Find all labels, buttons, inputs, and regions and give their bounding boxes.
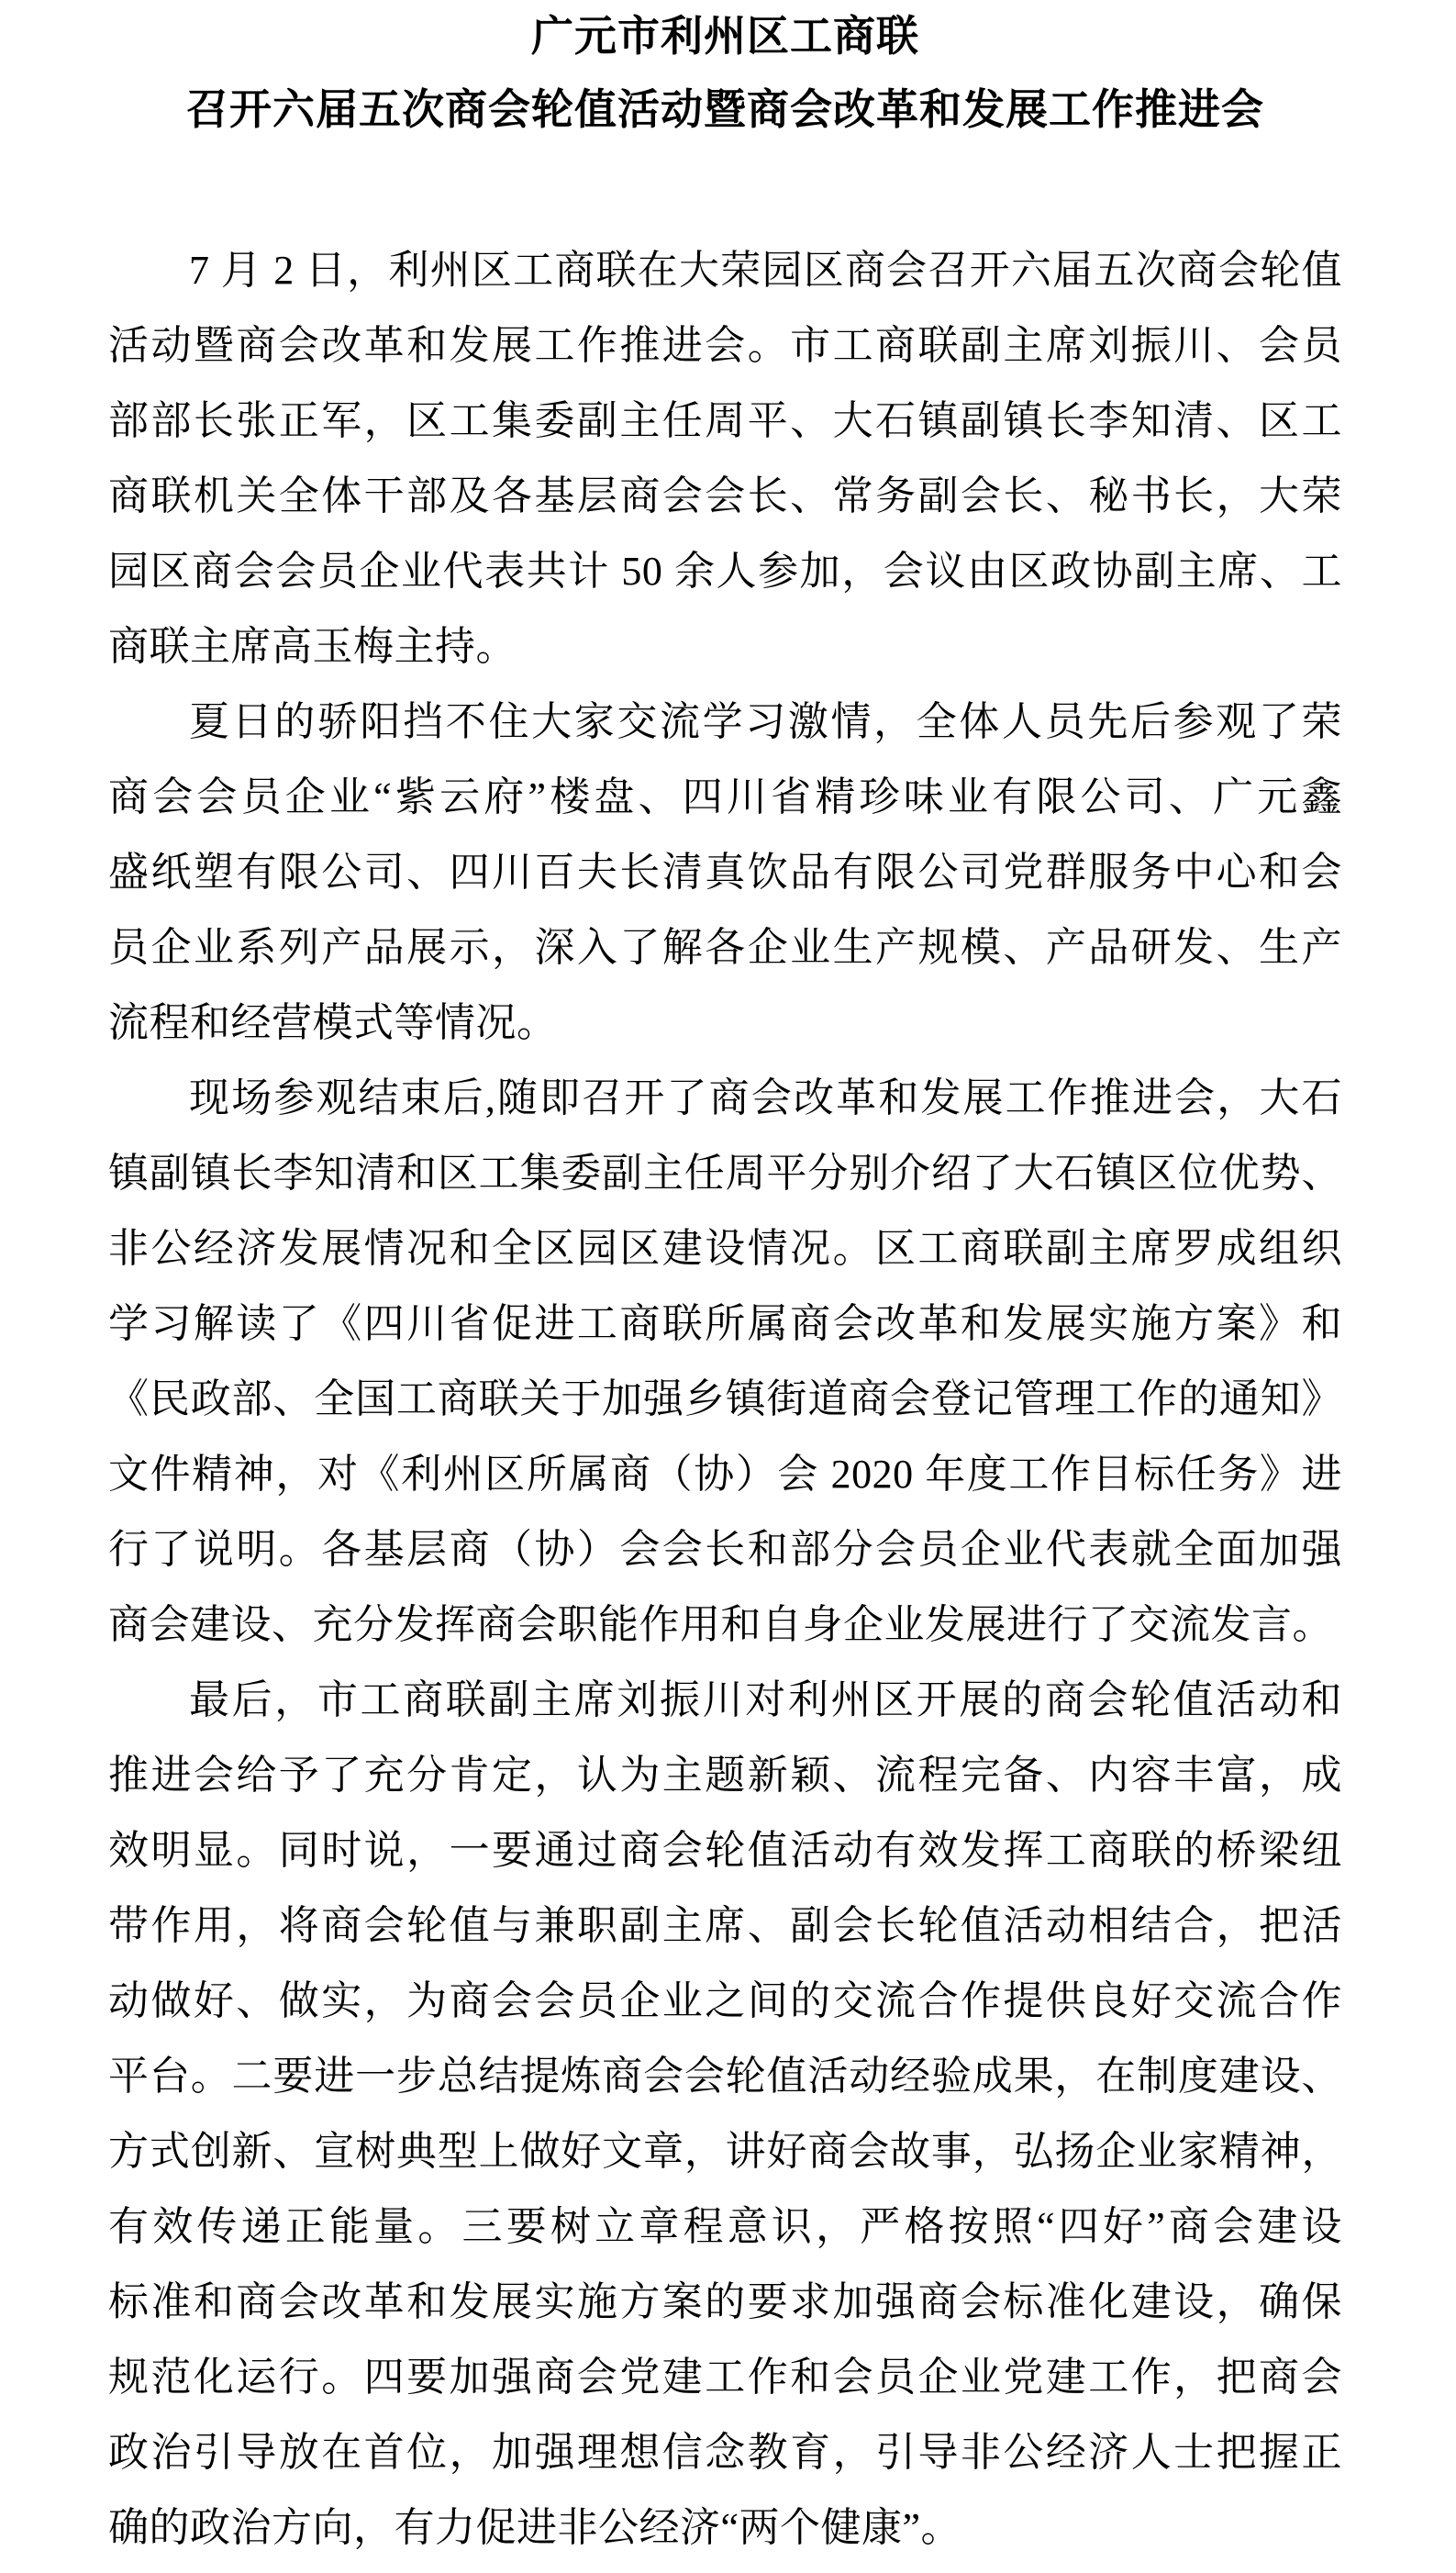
text-line: 员企业系列产品展示，深入了解各企业生产规模、产品研发、生产 [108, 910, 1342, 986]
text-line: 夏日的骄阳挡不住大家交流学习激情，全体人员先后参观了荣 [108, 685, 1342, 760]
text-line: 有效传递正能量。三要树立章程意识，严格按照“四好”商会建设 [108, 2189, 1342, 2265]
document-title-line-1: 广元市利州区工商联 [108, 0, 1342, 73]
text-line: 推进会给予了充分肯定，认为主题新颖、流程完备、内容丰富，成 [108, 1738, 1342, 1813]
text-line: 非公经济发展情况和全区园区建设情况。区工商联副主席罗成组织 [108, 1211, 1342, 1286]
text-line: 流程和经营模式等情况。 [108, 986, 1342, 1061]
paragraph: 夏日的骄阳挡不住大家交流学习激情，全体人员先后参观了荣商会会员企业“紫云府”楼盘… [108, 685, 1342, 1061]
text-line: 效明显。同时说，一要通过商会轮值活动有效发挥工商联的桥梁纽 [108, 1813, 1342, 1888]
text-line: 活动暨商会改革和发展工作推进会。市工商联副主席刘振川、会员 [108, 308, 1342, 384]
document-body: 7 月 2 日，利州区工商联在大荣园区商会召开六届五次商会轮值活动暨商会改革和发… [108, 233, 1342, 2566]
text-line: 部部长张正军，区工集委副主任周平、大石镇副镇长李知清、区工 [108, 384, 1342, 459]
text-line: 文件精神，对《利州区所属商（协）会 2020 年度工作目标任务》进 [108, 1437, 1342, 1512]
text-line: 7 月 2 日，利州区工商联在大荣园区商会召开六届五次商会轮值 [108, 233, 1342, 308]
text-line: 行了说明。各基层商（协）会会长和部分会员企业代表就全面加强 [108, 1512, 1342, 1587]
text-line: 标准和商会改革和发展实施方案的要求加强商会标准化建设，确保 [108, 2265, 1342, 2340]
text-line: 方式创新、宣树典型上做好文章，讲好商会故事，弘扬企业家精神， [108, 2114, 1342, 2189]
document-page: 广元市利州区工商联 召开六届五次商会轮值活动暨商会改革和发展工作推进会 7 月 … [0, 0, 1456, 2573]
paragraph: 最后，市工商联副主席刘振川对利州区开展的商会轮值活动和推进会给予了充分肯定，认为… [108, 1663, 1342, 2566]
text-line: 规范化运行。四要加强商会党建工作和会员企业党建工作，把商会 [108, 2340, 1342, 2415]
text-line: 现场参观结束后,随即召开了商会改革和发展工作推进会，大石 [108, 1061, 1342, 1136]
text-line: 动做好、做实，为商会会员企业之间的交流合作提供良好交流合作 [108, 1964, 1342, 2039]
text-line: 《民政部、全国工商联关于加强乡镇街道商会登记管理工作的通知》 [108, 1362, 1342, 1437]
text-line: 商会建设、充分发挥商会职能作用和自身企业发展进行了交流发言。 [108, 1587, 1342, 1663]
paragraph: 现场参观结束后,随即召开了商会改革和发展工作推进会，大石镇副镇长李知清和区工集委… [108, 1061, 1342, 1663]
text-line: 商联机关全体干部及各基层商会会长、常务副会长、秘书长，大荣 [108, 459, 1342, 534]
text-line: 盛纸塑有限公司、四川百夫长清真饮品有限公司党群服务中心和会 [108, 835, 1342, 910]
document-title: 广元市利州区工商联 召开六届五次商会轮值活动暨商会改革和发展工作推进会 [108, 0, 1342, 147]
text-line: 园区商会会员企业代表共计 50 余人参加，会议由区政协副主席、工 [108, 534, 1342, 609]
text-line: 最后，市工商联副主席刘振川对利州区开展的商会轮值活动和 [108, 1663, 1342, 1738]
text-line: 镇副镇长李知清和区工集委副主任周平分别介绍了大石镇区位优势、 [108, 1136, 1342, 1211]
paragraph: 7 月 2 日，利州区工商联在大荣园区商会召开六届五次商会轮值活动暨商会改革和发… [108, 233, 1342, 685]
document-title-line-2: 召开六届五次商会轮值活动暨商会改革和发展工作推进会 [108, 73, 1342, 147]
text-line: 政治引导放在首位，加强理想信念教育，引导非公经济人士把握正 [108, 2415, 1342, 2490]
text-line: 商联主席高玉梅主持。 [108, 609, 1342, 685]
text-line: 商会会员企业“紫云府”楼盘、四川省精珍味业有限公司、广元鑫 [108, 760, 1342, 835]
text-line: 平台。二要进一步总结提炼商会会轮值活动经验成果，在制度建设、 [108, 2039, 1342, 2114]
text-line: 带作用，将商会轮值与兼职副主席、副会长轮值活动相结合，把活 [108, 1888, 1342, 1964]
text-line: 确的政治方向，有力促进非公经济“两个健康”。 [108, 2490, 1342, 2566]
text-line: 学习解读了《四川省促进工商联所属商会改革和发展实施方案》和 [108, 1286, 1342, 1362]
